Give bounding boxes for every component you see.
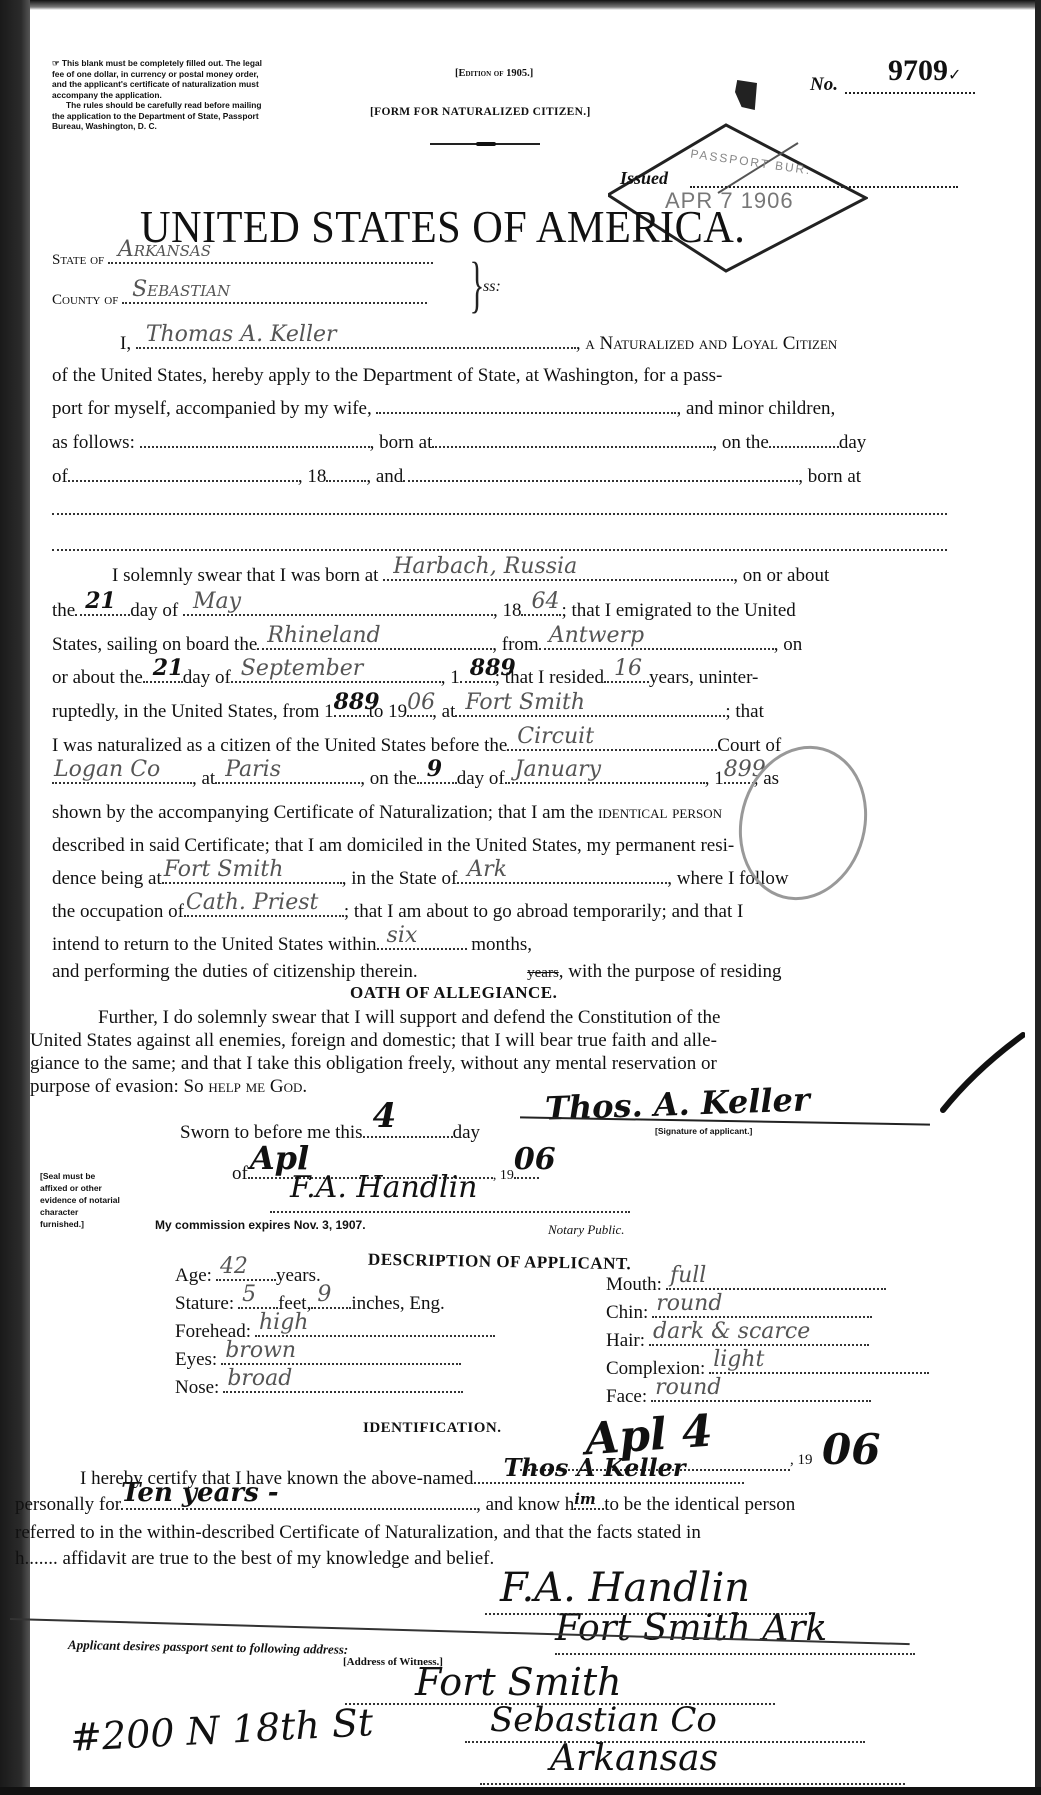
sworn-day-value: 4: [373, 1096, 397, 1136]
ship-value: Rhineland: [267, 623, 380, 648]
birth-month-value: May: [193, 589, 241, 614]
oath-text: , in the State of: [342, 868, 458, 889]
application-text: of the United States, hereby apply to th…: [52, 365, 722, 386]
county-value: Sebastian: [132, 277, 230, 302]
identification-line-3: referred to in the within-described Cert…: [15, 1522, 701, 1544]
birth-day-field: 21: [75, 614, 130, 616]
identification-line-4: h....... affidavit are true to the best …: [15, 1548, 494, 1570]
oath-text: described in said Certificate; that I am…: [52, 835, 734, 856]
applicant-name: Thomas A. Keller: [146, 322, 337, 347]
description-value: high: [259, 1310, 308, 1335]
oath-text: States, sailing on board the: [52, 634, 257, 655]
description-field: 9: [311, 1307, 351, 1309]
description-suffix: years.: [276, 1265, 321, 1286]
notary-signature-line: [270, 1210, 630, 1213]
description-label: Stature:: [175, 1293, 234, 1314]
duration-value: Ten years -: [121, 1478, 279, 1508]
check-icon: ✓: [948, 65, 961, 84]
description-right-column: Mouth:fullChin:roundHair:dark & scarceCo…: [606, 1274, 926, 1414]
description-field: high: [255, 1335, 495, 1337]
application-line-2: of the United States, hereby apply to th…: [52, 365, 722, 387]
child-birthplace-field: [432, 445, 712, 448]
state-label: State of: [52, 252, 104, 268]
description-row-complexion: Complexion:light: [606, 1358, 926, 1386]
description-field: 5: [238, 1307, 278, 1309]
to-year-field: 06: [407, 715, 432, 717]
mailing-address-label: Applicant desires passport sent to follo…: [68, 1637, 348, 1658]
ink-blot-mark: [735, 80, 757, 110]
emig-year-field: 889: [460, 681, 495, 683]
application-number: 9709✓: [888, 54, 961, 88]
within-value: six: [387, 923, 418, 948]
application-number-label: No.: [810, 74, 838, 96]
oath-text: intend to return to the United States wi…: [52, 934, 377, 955]
sworn-day-field: 4: [363, 1136, 453, 1138]
occupation-line: the occupation ofCath. Priest; that I am…: [52, 901, 743, 923]
certificate-line: shown by the accompanying Certificate of…: [52, 802, 722, 824]
notary-public-label: Notary Public.: [548, 1222, 625, 1238]
description-row-hair: Hair:dark & scarce: [606, 1330, 926, 1358]
pronoun-value: im: [574, 1490, 596, 1508]
issued-line: [690, 172, 958, 188]
emig-month-field: September: [231, 681, 441, 683]
filing-notice: ☞ This blank must be completely filled o…: [52, 58, 262, 132]
oath-text: purpose of evasion: So: [30, 1076, 204, 1097]
identification-text: to be the identical person: [604, 1494, 795, 1515]
court-place-field: Paris: [215, 782, 360, 784]
ship-line: States, sailing on board theRhineland, f…: [52, 634, 802, 656]
naturalized-citizen-text: , a Naturalized and Loyal Citizen: [576, 333, 837, 354]
domicile-state-field: Ark: [457, 882, 667, 884]
description-suffix: inches, Eng.: [351, 1293, 444, 1314]
residence-line: dence being atFort Smith, in the State o…: [52, 868, 789, 890]
application-text: as follows:: [52, 432, 135, 453]
oath-text: day of: [183, 667, 231, 688]
state-value: Arkansas: [118, 237, 211, 262]
application-text: , and: [366, 466, 403, 487]
emig-day-value: 21: [153, 655, 184, 681]
commission-expiry: My commission expires Nov. 3, 1907.: [155, 1218, 366, 1232]
description-label: Age:: [175, 1265, 212, 1286]
scan-edge-right: [1035, 0, 1041, 1795]
oath-text: , 1: [441, 667, 460, 688]
nat-year-field: 899: [724, 782, 754, 784]
oath-text: years, uninter-: [649, 667, 758, 688]
county-row: County of Sebastian: [52, 292, 427, 309]
child-month-field: [68, 479, 298, 482]
domicile-value: Fort Smith: [164, 857, 284, 882]
applicant-line: I, Thomas A. Keller , a Naturalized and …: [120, 333, 837, 355]
to-year-value: 06: [407, 690, 435, 715]
county-field: Sebastian: [122, 302, 427, 304]
birth-year-value: 64: [531, 589, 559, 614]
duration-field: Ten years -: [121, 1508, 476, 1510]
oath-text: shown by the accompanying Certificate of…: [52, 802, 593, 823]
description-field: round: [652, 1316, 872, 1318]
child-year-field: [326, 479, 366, 482]
emigration-date-line: or about the21day ofSeptember, 1889; tha…: [52, 667, 758, 689]
years-struck-text: years: [527, 965, 559, 981]
child-name-field: [140, 445, 370, 448]
oath-text: , from: [492, 634, 538, 655]
identification-text: , and know h: [476, 1494, 574, 1515]
birthplace-line: I solemnly swear that I was born at Harb…: [112, 565, 829, 587]
oath-text: , at: [432, 701, 455, 722]
state-field: Arkansas: [108, 262, 433, 264]
oath-text: I was naturalized as a citizen of the Un…: [52, 735, 507, 756]
oath-text: dence being at: [52, 868, 162, 889]
personally-line: personally forTen years -, and know himt…: [15, 1494, 795, 1516]
purpose-line: and performing the duties of citizenship…: [52, 961, 781, 983]
court-county-field: Logan Co: [52, 782, 192, 784]
description-label: Chin:: [606, 1302, 648, 1323]
sworn-text: , 19: [493, 1168, 514, 1183]
application-number-value: 9709: [888, 54, 948, 87]
description-value: round: [656, 1291, 722, 1316]
from-year-field: 889: [334, 715, 369, 717]
return-line: intend to return to the United States wi…: [52, 934, 532, 956]
blank-line: [52, 512, 947, 515]
street-address: #200 N 18th St: [69, 1700, 374, 1760]
description-field: dark & scarce: [649, 1344, 869, 1346]
court-location-line: Logan Co, atParis, on the9day ofJanuary,…: [52, 768, 779, 790]
applicant-name-field: Thomas A. Keller: [136, 347, 576, 349]
domicile-state-value: Ark: [467, 857, 507, 882]
identical-person-text: identical person: [598, 802, 722, 823]
help-me-god-text: help me God.: [208, 1076, 307, 1097]
witness-address-line: [555, 1652, 915, 1655]
description-value: brown: [225, 1338, 296, 1363]
court-type-value: Circuit: [517, 724, 594, 749]
mailing-line-3: Arkansas: [550, 1738, 718, 1779]
application-text: , on the: [712, 432, 768, 453]
description-field: 42: [216, 1279, 276, 1281]
description-field: brown: [221, 1363, 461, 1365]
identification-heading: IDENTIFICATION.: [363, 1420, 502, 1437]
sworn-text: of: [232, 1163, 248, 1184]
description-row-age: Age:42years.: [175, 1265, 565, 1293]
domicile-field: Fort Smith: [162, 882, 342, 884]
description-label: Eyes:: [175, 1349, 217, 1370]
description-row-mouth: Mouth:full: [606, 1274, 926, 1302]
ship-field: Rhineland: [257, 648, 492, 650]
oath-text: , at: [192, 768, 215, 789]
description-label: Nose:: [175, 1377, 219, 1398]
scan-edge-top: [0, 0, 1041, 10]
check-icon: [935, 1030, 1025, 1120]
state-row: State of Arkansas: [52, 252, 433, 269]
description-label: Hair:: [606, 1330, 645, 1351]
application-text: , 18: [298, 466, 327, 487]
within-field: six: [377, 948, 467, 950]
application-line-3: port for myself, accompanied by my wife,…: [52, 398, 835, 420]
notice-paragraph-1: ☞ This blank must be completely filled o…: [52, 58, 262, 100]
description-value: 9: [317, 1282, 331, 1307]
pronoun-field: im: [574, 1508, 604, 1510]
identification-text: personally for: [15, 1494, 121, 1515]
nat-day-value: 9: [427, 756, 442, 782]
wife-field: [376, 411, 676, 414]
oath-line-2: United States against all enemies, forei…: [30, 1030, 717, 1052]
oath-text: the occupation of: [52, 901, 184, 922]
application-text: of: [52, 466, 68, 487]
naturalization-line: I was naturalized as a citizen of the Un…: [52, 735, 781, 757]
description-field: round: [651, 1400, 871, 1402]
oath-text: I solemnly swear that I was born at: [112, 565, 378, 586]
oath-text: , 1: [705, 768, 724, 789]
application-text: , born at: [798, 466, 861, 487]
ornamental-rule: [430, 143, 540, 145]
oath-text: ; that I emigrated to the United: [561, 600, 795, 621]
sworn-text: day: [453, 1122, 480, 1143]
description-row-stature: Stature:5feet,9inches, Eng.: [175, 1293, 565, 1321]
oath-text: ; that: [725, 701, 764, 722]
witness-address: Fort Smith Ark: [555, 1608, 827, 1649]
oath-text: , on: [774, 634, 803, 655]
description-field: light: [709, 1372, 929, 1374]
years-resided-value: 16: [614, 656, 642, 681]
child2-field: [403, 479, 798, 482]
mailing-line-2: Sebastian Co: [490, 1700, 717, 1740]
occupation-value: Cath. Priest: [186, 890, 318, 915]
court-type-field: Circuit: [507, 749, 717, 751]
oath-text: the: [52, 600, 75, 621]
mailing-line-1: Fort Smith: [415, 1660, 622, 1704]
known-name-field: Thos A Keller: [474, 1482, 744, 1484]
blank-line: [52, 548, 947, 551]
oath-text: ruptedly, in the United States, from 1: [52, 701, 334, 722]
oath-text: and performing the duties of citizenship…: [52, 961, 418, 982]
nat-month-value: January: [515, 757, 601, 782]
oath-text: , 18: [493, 600, 522, 621]
port-value: Antwerp: [549, 623, 644, 648]
birthdate-line: the21day of May, 1864; that I emigrated …: [52, 600, 796, 622]
application-line-5: of, 18, and, born at: [52, 466, 861, 488]
oath-line-1: Further, I do solemnly swear that I will…: [98, 1007, 720, 1029]
application-text: port for myself, accompanied by my wife,: [52, 398, 372, 419]
oath-text: , on or about: [733, 565, 829, 586]
port-field: Antwerp: [539, 648, 774, 650]
from-year-value: 889: [334, 689, 380, 715]
application-text: , born at: [370, 432, 433, 453]
description-value: light: [713, 1347, 764, 1372]
birthplace-field: Harbach, Russia: [383, 579, 733, 581]
residence-period-line: ruptedly, in the United States, from 188…: [52, 701, 764, 723]
identification-year: 06: [822, 1425, 880, 1474]
description-field: broad: [223, 1391, 463, 1393]
domicile-line: described in said Certificate; that I am…: [52, 835, 734, 857]
identification-year-prefix: , 19: [790, 1452, 813, 1469]
description-value: full: [670, 1263, 706, 1288]
county-label: County of: [52, 292, 118, 308]
known-name-value: Thos A Keller: [504, 1453, 686, 1482]
birthplace-value: Harbach, Russia: [393, 554, 577, 579]
birth-day-value: 21: [85, 588, 116, 614]
description-row-nose: Nose:broad: [175, 1377, 565, 1405]
emig-year-value: 889: [470, 655, 516, 681]
notice-paragraph-2: The rules should be carefully read befor…: [52, 100, 262, 132]
oath-line-3: giance to the same; and that I take this…: [30, 1053, 717, 1075]
scan-edge-bottom: [0, 1787, 1041, 1795]
oath-text: Court of: [717, 735, 781, 756]
i-label: I,: [120, 333, 131, 354]
oath-text: ; that I am about to go abroad temporari…: [344, 901, 743, 922]
witness-signature: F.A. Handlin: [500, 1565, 750, 1611]
court-place-value: Paris: [225, 757, 281, 782]
description-value: round: [655, 1375, 721, 1400]
issued-label: Issued: [620, 168, 668, 189]
sworn-line: Sworn to before me this4day: [180, 1122, 480, 1144]
child-day-field: [769, 445, 839, 448]
description-value: dark & scarce: [653, 1319, 810, 1344]
description-left-column: Age:42years.Stature:5feet,9inches, Eng.F…: [175, 1265, 565, 1405]
description-value: 5: [242, 1282, 256, 1307]
sworn-year-field: 06: [514, 1177, 539, 1179]
oath-text: , on the: [360, 768, 416, 789]
description-value: broad: [227, 1366, 292, 1391]
residence-field: Fort Smith: [455, 715, 725, 717]
description-label: Mouth:: [606, 1274, 662, 1295]
oath-text: day of: [130, 600, 178, 621]
notary-signature: F.A. Handlin: [290, 1170, 478, 1205]
oath-text: or about the: [52, 667, 143, 688]
nat-month-field: January: [505, 782, 705, 784]
oath-heading: OATH OF ALLEGIANCE.: [350, 983, 557, 1003]
nat-day-field: 9: [417, 782, 457, 784]
description-label: Face:: [606, 1386, 647, 1407]
court-county-value: Logan Co: [54, 757, 160, 782]
application-text: day: [839, 432, 866, 453]
residence-value: Fort Smith: [465, 690, 585, 715]
ss-label: ss:: [483, 278, 501, 296]
birth-month-field: May: [183, 614, 493, 616]
emig-day-field: 21: [143, 681, 183, 683]
application-line-4: as follows: , born at, on theday: [52, 432, 866, 454]
edition-label: [Edition of 1905.]: [455, 68, 533, 79]
sworn-year-value: 06: [514, 1142, 556, 1177]
oath-line-4: purpose of evasion: So help me God.: [30, 1076, 307, 1098]
application-text: , and minor children,: [676, 398, 835, 419]
description-field: full: [666, 1288, 886, 1290]
form-type-label: [FORM FOR NATURALIZED CITIZEN.]: [370, 106, 591, 118]
birth-year-field: 64: [521, 614, 561, 616]
oath-text: , with the purpose of residing: [559, 961, 782, 982]
signature-caption: [Signature of applicant.]: [655, 1126, 752, 1136]
document-title: UNITED STATES OF AMERICA.: [140, 200, 745, 253]
oath-text: day of: [457, 768, 505, 789]
oath-text: months,: [471, 934, 532, 955]
mailing-line-3-rule: [480, 1782, 905, 1785]
years-resided-field: 16: [604, 681, 649, 683]
description-value: 42: [220, 1254, 248, 1279]
seal-note: [Seal must be affixed or other evidence …: [40, 1170, 120, 1230]
emig-month-value: September: [241, 656, 364, 681]
occupation-field: Cath. Priest: [184, 915, 344, 917]
